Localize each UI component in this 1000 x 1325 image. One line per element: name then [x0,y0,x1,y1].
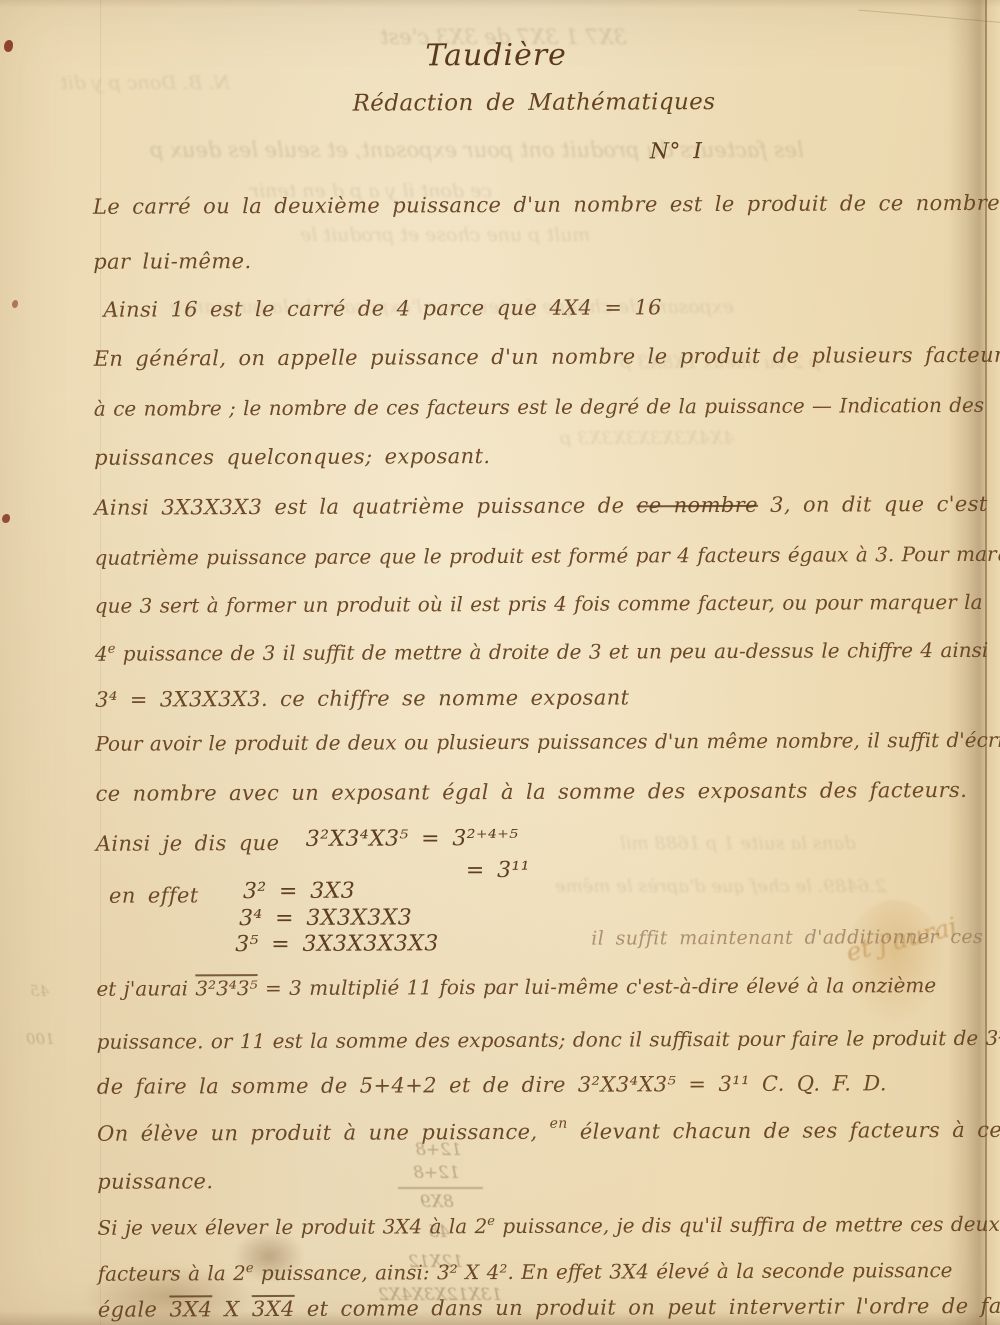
formula-equation: 3⁴ = 3X3X3X3 [239,905,412,931]
ordinal-superscript: e [487,1214,495,1229]
paragraph-line: facteurs à la 2e puissance, ainsi: 3² X … [98,1258,953,1286]
line-segment: 4 [95,642,108,666]
paragraph-line: puissance. [97,1169,213,1194]
paragraph-line: et j'aurai 3²3⁴3⁵ = 3 multiplié 11 fois … [96,973,936,1001]
paragraph-line: de faire la somme de 5+4+2 et de dire 3²… [97,1071,887,1098]
formula-equation: 3² = 3X3 [243,879,355,904]
section-number: N° I [650,139,703,164]
line-segment: facteurs à la 2 [98,1261,246,1286]
ordinal-superscript: e [108,642,116,657]
paragraph-line: Ainsi 3X3X3X3 est la quatrième puissance… [94,492,1000,520]
paragraph-line: On élève un produit à une puissance, en … [97,1117,1000,1145]
faint-annotation: il suffit maintenant d'additionner ces [591,926,983,950]
paragraph-line: 3⁴ = 3X3X3X3. ce chiffre se nomme exposa… [95,685,629,711]
paragraph-line: Le carré ou la deuxième puissance d'un n… [93,191,1000,219]
formula-equation: = 3¹¹ [466,858,530,883]
paragraph-line: Pour avoir le produit de deux ou plusieu… [95,728,1000,756]
line-segment: puissance, ainsi: 3² X 4². En effet 3X4 … [253,1258,952,1285]
line-segment: et comme dans un produit on peut interve… [295,1294,1000,1321]
document-title: Rédaction de Mathématiques [353,89,716,117]
line-segment: puissance, je dis qu'il suffira de mettr… [495,1212,1000,1238]
handwriting-layer: Taudière Rédaction de Mathématiques N° I… [0,0,1000,1325]
line-segment: Ainsi 3X3X3X3 est la quatrième puissance… [94,493,636,519]
line-segment: 3, on dit que c'est la [758,492,1000,517]
formula-equation: 3²X3⁴X3⁵ = 3²⁺⁴⁺⁵ [306,826,519,852]
paragraph-line: que 3 sert à former un produit où il est… [95,590,983,618]
line-segment: On élève un produit à une puissance, [97,1120,550,1146]
paragraph-line: ce nombre avec un exposant égal à la som… [96,778,968,806]
paragraph-line: Si je veux élever le produit 3X4 à la 2e… [97,1212,999,1240]
paragraph-line: à ce nombre ; le nombre de ces facteurs … [94,393,984,421]
formula-intro: Ainsi je dis que [96,831,280,856]
paragraph-line: puissance. or 11 est la somme des exposa… [97,1025,1000,1053]
line-segment: élevant chacun de ses facteurs à cette m… [568,1117,1000,1143]
paragraph-line: par lui-même. [93,249,251,274]
line-segment: puissance de 3 il suffit de mettre à dro… [115,638,988,666]
line-segment: Si je veux élever le produit 3X4 à la 2 [97,1214,487,1240]
ordinal-superscript: e [246,1261,254,1276]
paragraph-line: 4e puissance de 3 il suffit de mettre à … [95,638,988,666]
paragraph-line: En général, on appelle puissance d'un no… [94,342,1000,370]
paragraph-line: quatrième puissance parce que le produit… [94,542,1000,570]
line-segment: égale [98,1297,170,1321]
struck-text: ce nombre [636,493,758,518]
author-name: Taudière [425,38,567,74]
overlined-expression: 3X4 [169,1297,212,1321]
overlined-expression: 3²3⁴3⁵ [195,976,257,1000]
line-segment: = 3 multiplié 11 fois par lui-même c'est… [258,973,937,1000]
formula-label: en effet [109,883,199,907]
line-segment: X [212,1297,252,1321]
paragraph-line: puissances quelconques; exposant. [94,444,490,470]
paragraph-line: Ainsi 16 est le carré de 4 parce que 4X4… [103,295,662,321]
paragraph-line: égale 3X4 X 3X4 et comme dans un produit… [98,1294,1000,1322]
overlined-expression: 3X4 [252,1297,295,1321]
formula-equation: 3⁵ = 3X3X3X3X3 [235,931,439,957]
inserted-word: en [550,1116,568,1132]
line-segment: et j'aurai [96,976,195,1000]
